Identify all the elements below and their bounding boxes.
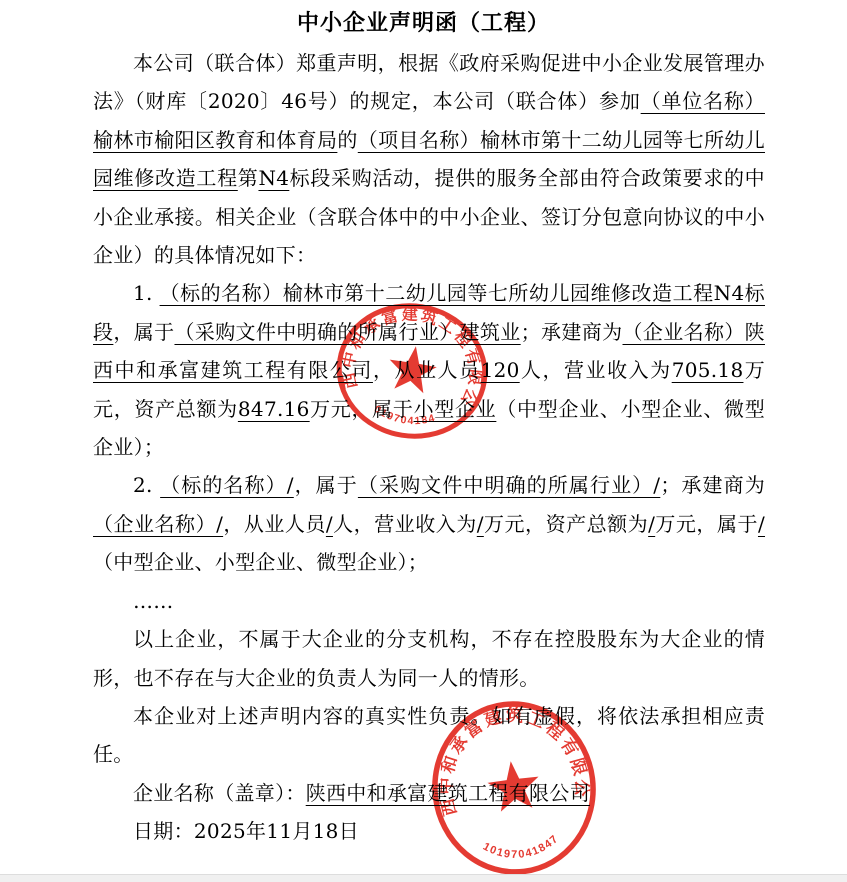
filled-blank: N4 [258, 166, 289, 190]
filled-blank: 705.18 [672, 358, 744, 382]
filled-blank: （企业名称）/ [93, 512, 223, 536]
text-run: 日期：2025年11月18日 [133, 819, 359, 843]
signature-line: 企业名称（盖章）：陕西中和承富建筑工程有限公司 [93, 774, 765, 812]
text-run: 人，营业收入为 [520, 358, 672, 382]
viewer-bottom-bar [0, 874, 847, 882]
text-run: 人，营业收入为 [333, 512, 477, 536]
filled-blank: （采购文件中明确的所属行业）/ [358, 473, 660, 497]
text-run: ，属于 [113, 320, 174, 344]
document-title: 中小企业声明函（工程） [0, 6, 847, 37]
text-run: 以上企业，不属于大企业的分支机构，不存在控股股东为大企业的情形，也不存在与大企业… [93, 627, 765, 689]
text-run: 企业名称（盖章）： [133, 781, 306, 805]
filled-blank: 120 [481, 358, 520, 382]
paragraph-item-1: 1. （标的名称）榆林市第十二幼儿园等七所幼儿园维修改造工程N4标段，属于（采购… [93, 274, 765, 466]
text-run: ；承建商为 [660, 473, 765, 497]
filled-blank: / [758, 512, 765, 536]
paragraph-ellipsis: …… [93, 582, 765, 620]
paragraph-item-2: 2. （标的名称）/，属于（采购文件中明确的所属行业）/；承建商为（企业名称）/… [93, 466, 765, 581]
document-body: 本公司（联合体）郑重声明，根据《政府采购促进中小企业发展管理办法》（财库〔202… [93, 44, 765, 851]
paragraph-declaration: 本公司（联合体）郑重声明，根据《政府采购促进中小企业发展管理办法》（财库〔202… [93, 44, 765, 274]
text-run: 1. [133, 281, 160, 305]
text-run: 本企业对上述声明内容的真实性负责。如有虚假，将依法承担相应责任。 [93, 704, 765, 766]
text-run: …… [133, 589, 174, 613]
text-run: 2. [133, 473, 160, 497]
text-run: ，属于 [294, 473, 358, 497]
text-run: ；承建商为 [521, 320, 623, 344]
filled-blank: 陕西中和承富建筑工程有限公司 [306, 781, 590, 805]
date-line: 日期：2025年11月18日 [93, 812, 765, 850]
filled-blank: （采购文件中明确的所属行业）建筑业 [174, 320, 520, 344]
filled-blank: （标的名称）/ [160, 473, 294, 497]
paragraph-no-large-enterprise: 以上企业，不属于大企业的分支机构，不存在控股股东为大企业的情形，也不存在与大企业… [93, 620, 765, 697]
text-run: 万元，属于 [655, 512, 758, 536]
filled-blank: / [477, 512, 484, 536]
document-page: 中小企业声明函（工程） 本公司（联合体）郑重声明，根据《政府采购促进中小企业发展… [0, 0, 847, 882]
text-run: ，从业人员 [223, 512, 326, 536]
text-run: 万元，属于 [310, 397, 414, 421]
paragraph-responsibility: 本企业对上述声明内容的真实性负责。如有虚假，将依法承担相应责任。 [93, 697, 765, 774]
text-run: ，从业人员 [373, 358, 481, 382]
filled-blank: 小型企业 [414, 397, 497, 421]
text-run: （中型企业、小型企业、微型企业）； [93, 550, 428, 574]
text-run: 万元，资产总额为 [484, 512, 648, 536]
text-run: 的 [337, 128, 357, 152]
text-run: 第 [238, 166, 259, 190]
filled-blank: 847.16 [238, 397, 310, 421]
filled-blank: / [326, 512, 333, 536]
